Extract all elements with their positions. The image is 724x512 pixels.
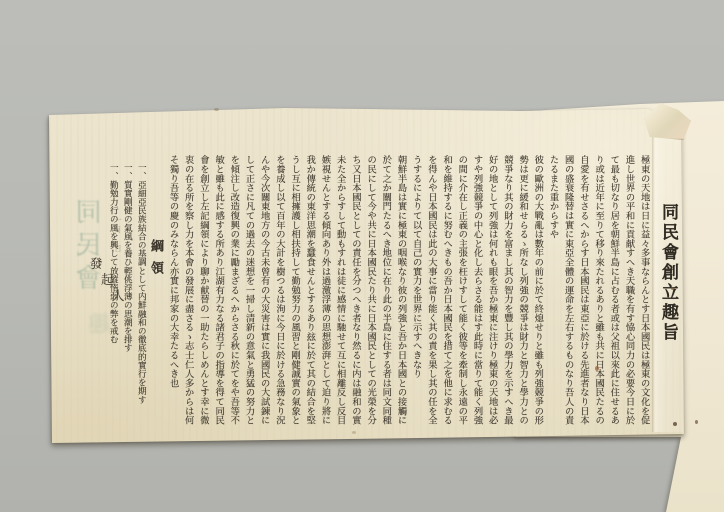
- body-column-18: 於て之か關門たるへき地位に在り此の半島に住する者は同文同種: [380, 155, 389, 425]
- body-column-23: 我か傳統の東洋思潮を蠶食せんとするあり玆に於て其の結合を堅: [304, 155, 313, 425]
- body-column-32: そ獨り吾等の慶のみならん亦實に邦家の大幸たるへき也: [167, 155, 176, 388]
- stain-speck: [595, 366, 599, 371]
- body-column-16: うするによりて以て自己の實力を世界に示すへきなり: [410, 155, 419, 378]
- body-column-12: すや列強競爭の中心と化し去らさる能はす此時に當りて能く列強: [471, 155, 480, 425]
- principle-item-2: 一、質實剛健の氣風を養ひ輕佻浮薄の思潮を排す: [124, 163, 133, 352]
- stain-speck: [671, 287, 674, 290]
- body-column-6: 國の盛衰隆替は實に東亞全體の運命を左右するものなり吾人の責: [562, 155, 571, 425]
- body-column-25: を養成し以て百年の大計を樹つるは洵に今日に於ける急務なり況: [274, 155, 283, 425]
- body-column-8: 彼の歐洲の大戰亂は數年の前に於て終熄せりと雖も列強競爭の形: [532, 155, 541, 425]
- body-column-31: 衷の在る所を察し力を本會の發展に盡さるゝ志士仁人多からは何: [182, 155, 191, 425]
- stain-speck: [352, 431, 356, 434]
- principles-heading: 綱領: [150, 239, 163, 283]
- body-column-4: り或は近年に至りて移り來たれるありと雖も共に日本國民たるの: [593, 155, 602, 425]
- body-column-7: たるまた重からすや: [547, 155, 556, 239]
- body-column-27: して正さに凡ての過去の迷想を一掃し清新の意氣と勇猛の努力と: [243, 155, 252, 425]
- body-column-15: を得んや日本國民は此の大事に當り能く其の責を果し其の任を全: [426, 155, 435, 425]
- principle-item-1: 一、亞細亞民族結合の基調として内鮮融和の徹底的實行を期す: [138, 163, 147, 404]
- body-column-21: 未た全からすして動もすれは徒に感情に馳せて互に相離反し反目: [334, 155, 343, 425]
- body-column-17: 朝鮮半島は實に極東の咽喉なり彼の列強と吾か日本國との接觸に: [395, 155, 404, 425]
- stain-speck: [214, 108, 219, 111]
- principle-item-3: 一、勤勉力行の風を興して放縱惰弱の弊を戒む: [110, 163, 119, 344]
- document-title: 同民會創立趣旨: [660, 203, 677, 343]
- body-column-10: 競爭なり其の財力を富まし其の智力を豐し其の學力を示すへき最: [502, 155, 511, 425]
- body-column-26: んや今次關東地方の今古未曾有の大災害は實に我國民の大試錬に: [258, 155, 267, 425]
- stain-speck: [673, 422, 677, 426]
- body-column-5: 自愛を有せさるへからす日本國民は東亞に於ける先進者なり日本: [578, 155, 587, 425]
- body-column-19: の民にして今や共に日本國民たり共に日本國民としての光榮を分: [365, 155, 374, 425]
- body-column-24: うし互に相擁護し相扶持して勤勉努力の風習と剛健誠實の氣象と: [289, 155, 298, 425]
- scanned-document-photo: 同民會 趣 一月 日 同民會創立趣旨 極東の天地は日に益々多事ならんとす日本國民…: [0, 0, 724, 512]
- stain-speck: [695, 420, 698, 424]
- body-column-3: て最も切なり居を朝鮮半島に占むる者或は父祖以來此に住せるあ: [608, 155, 617, 425]
- body-column-22: 嫉視せんとする傾向あり外は過激浮薄の思想澎湃として迫り將に: [319, 155, 328, 425]
- body-column-30: 會を創立し左記綱領により聊か献替の一助たらしめんとす幸に微: [198, 155, 207, 425]
- body-column-20: ち又日本國民としての責任を分つへき者なり然るに内は融和の實: [350, 155, 359, 425]
- body-column-2: 進し世界の平和に貢献すへき天職を有す恊心同力の必要今日に於: [623, 155, 632, 425]
- body-column-13: の間に介在し正義の主張を枉けすして能く彼等を牽制し永遠の平: [456, 155, 465, 425]
- body-column-9: 勢は更に緩和せらるゝ所なし列強の競爭は財力と智力と學力との: [517, 155, 526, 425]
- body-column-29: 敏と雖も此に感する所あり江湖有力なる諸君子の指導を得て同民: [213, 155, 222, 425]
- body-column-28: を傾注し改造復興の業に勵まざるへからさる秋に於てをや吾等不: [228, 155, 237, 425]
- signature-char: 人: [112, 286, 125, 304]
- body-column-14: 和を維持するに努むへきもの吾か日本國民を措て之を他に求むる: [441, 155, 450, 425]
- body-column-1: 極東の天地は日に益々多事ならんとす日本國民は極東の文化を促: [638, 155, 647, 425]
- body-column-11: 好の地として列強は何れも眼を吾か極東に注けり極東の天地は必: [486, 155, 495, 425]
